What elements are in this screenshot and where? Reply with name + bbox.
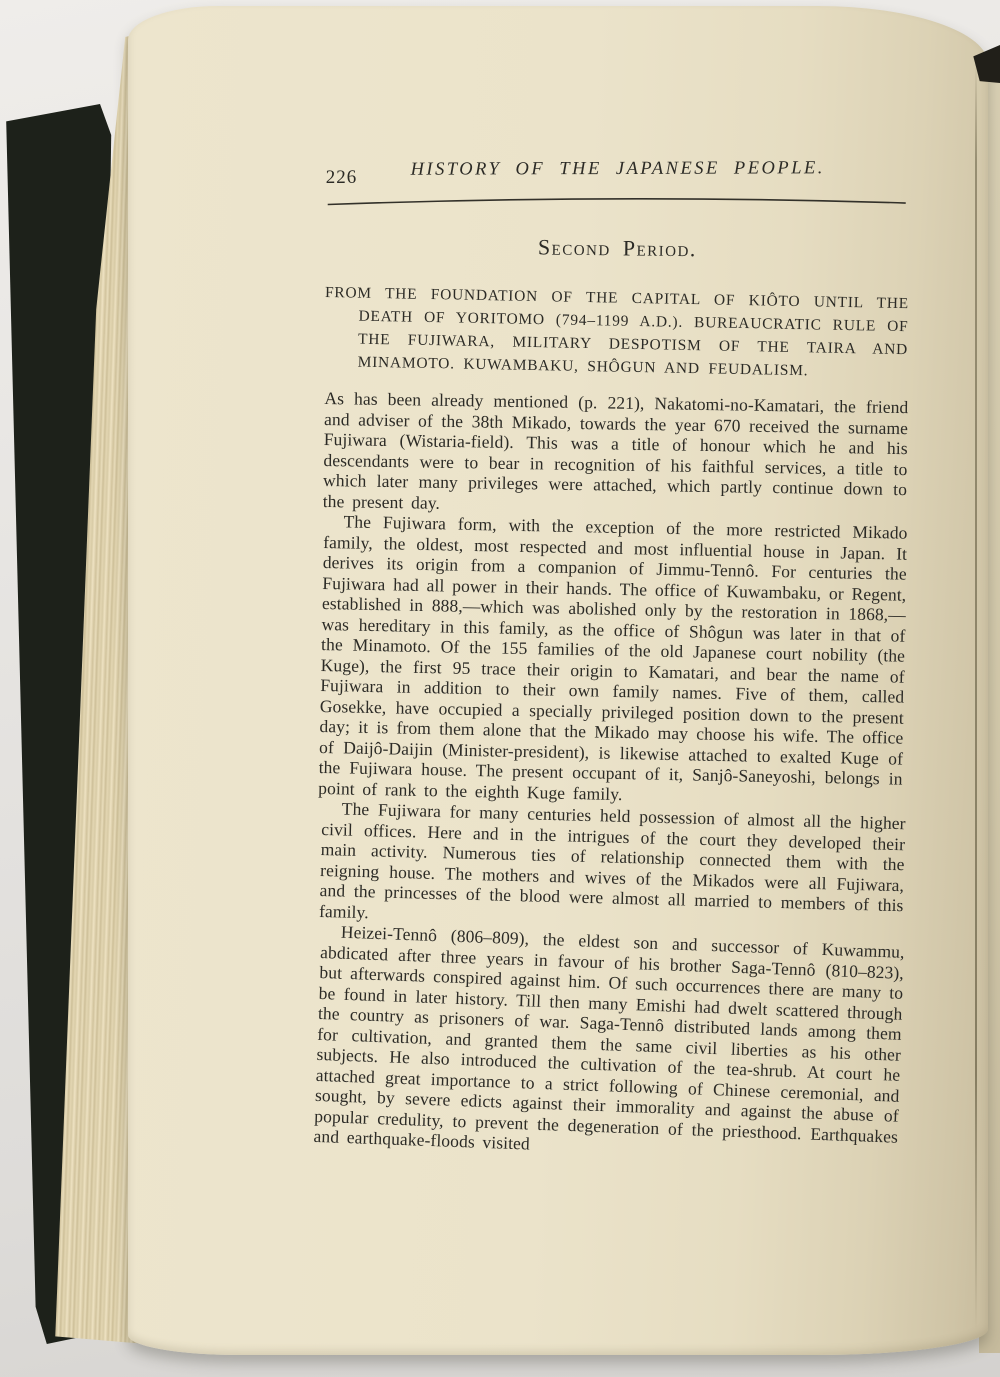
section-heading: Second Period. (325, 232, 909, 265)
body-text: As has been already mentioned (p. 221), … (320, 388, 909, 1150)
page-content: 226 HISTORY OF THE JAPANESE PEOPLE. Seco… (320, 158, 910, 1150)
paragraph: The Fujiwara form, with the exception of… (318, 511, 908, 810)
header-rule (326, 191, 910, 211)
chapter-subtitle: FROM THE FOUNDATION OF THE CAPITAL OF KI… (323, 281, 909, 384)
running-head: HISTORY OF THE JAPANESE PEOPLE. (326, 156, 910, 181)
paragraph: The Fujiwara for many centuries held pos… (319, 798, 906, 936)
book-photo: 226 HISTORY OF THE JAPANESE PEOPLE. Seco… (0, 0, 1000, 1377)
paragraph: As has been already mentioned (p. 221), … (323, 388, 909, 520)
page-header: 226 HISTORY OF THE JAPANESE PEOPLE. (326, 156, 910, 190)
paragraph: Heizei-Tennô (806–809), the eldest son a… (313, 921, 905, 1167)
page-number: 226 (326, 167, 358, 189)
